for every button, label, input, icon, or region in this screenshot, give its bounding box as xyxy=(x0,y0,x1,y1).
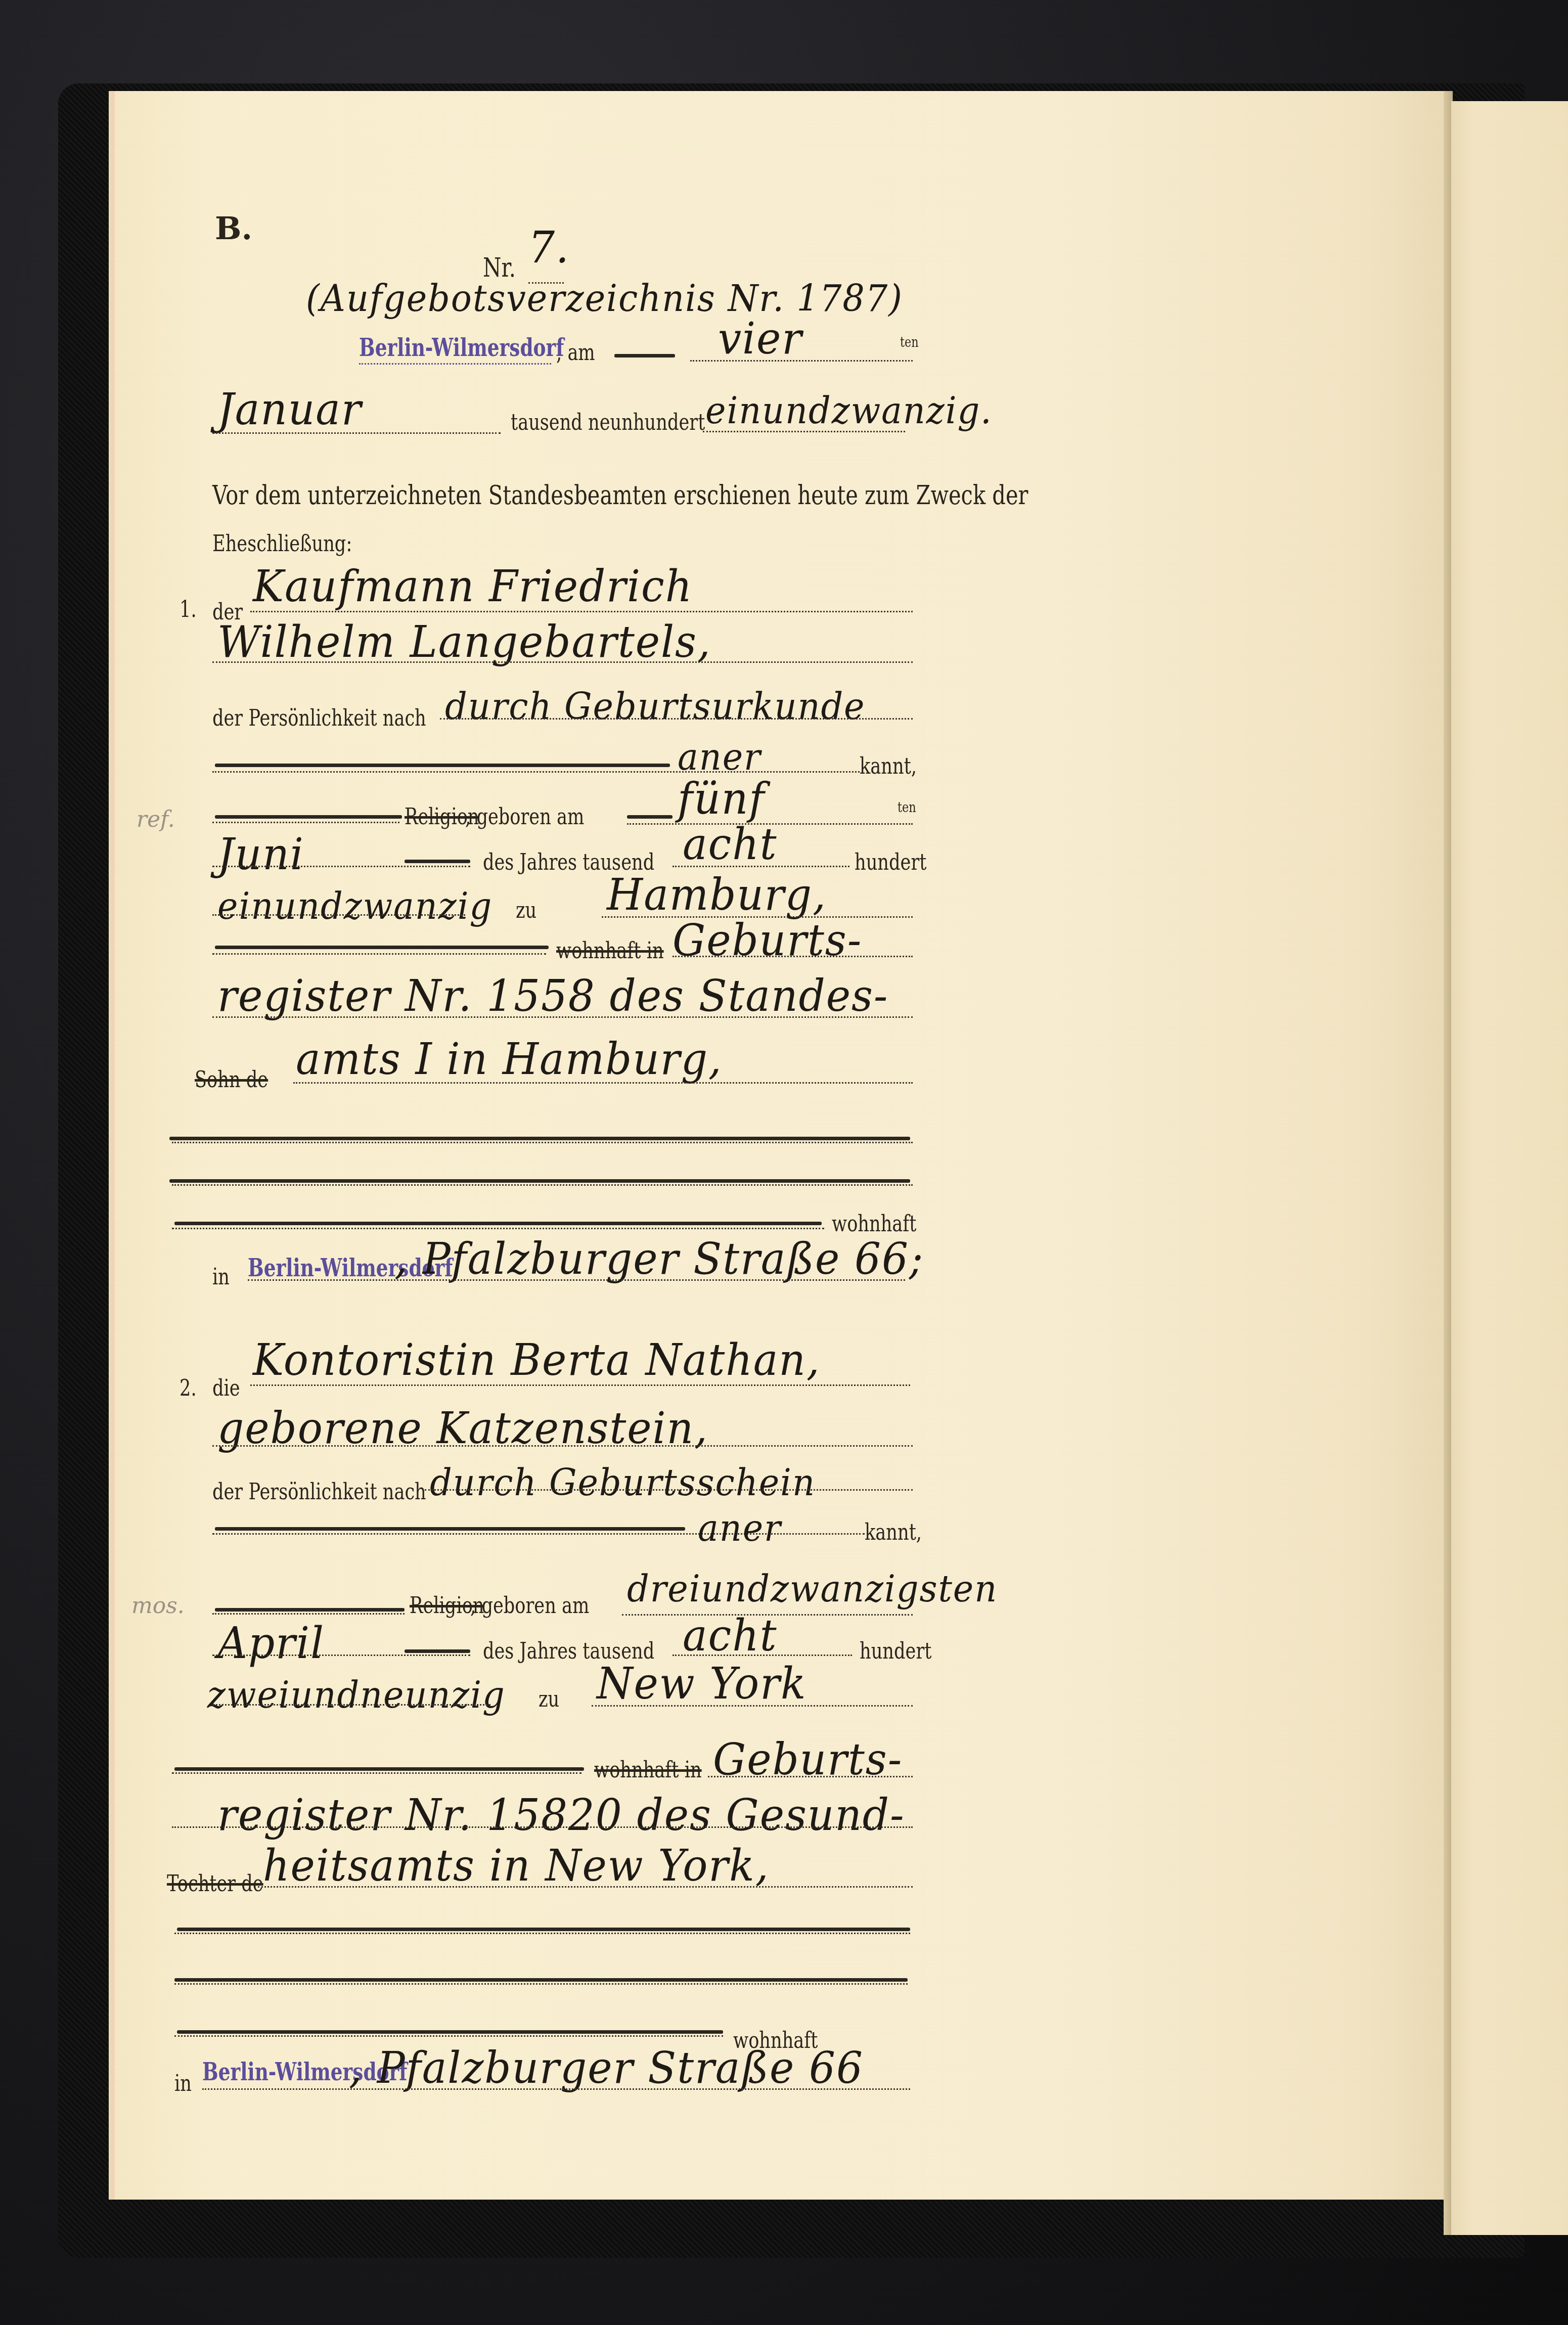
groom-hundred-label: hundert xyxy=(855,849,926,875)
bride-birth-day: dreiundzwanzigsten xyxy=(627,1568,998,1610)
groom-note-line-1: Geburts- xyxy=(673,915,862,966)
bride-religion-rule xyxy=(212,1613,405,1615)
groom-name-line-2: Wilhelm Langebartels, xyxy=(217,617,711,667)
blank-rule xyxy=(172,1184,913,1186)
bride-note-rule-3 xyxy=(258,1886,913,1888)
groom-identity-label: der Persönlichkeit nach xyxy=(212,705,426,731)
groom-identity-rule xyxy=(440,718,913,720)
bride-residence-rule xyxy=(202,2088,910,2090)
bride-note-line-3: heitsamts in New York, xyxy=(263,1841,770,1891)
bride-birth-year-rule xyxy=(212,1704,490,1706)
date-day: vier xyxy=(718,314,802,364)
bride-note-line-2: register Nr. 15820 des Gesund- xyxy=(217,1790,905,1841)
groom-birth-century: acht xyxy=(683,819,778,870)
blank-rule xyxy=(172,1228,824,1229)
groom-recognized-label: kannt, xyxy=(860,753,917,779)
bride-in-label: in xyxy=(174,2071,192,2096)
groom-birth-month-rule xyxy=(212,866,470,867)
am-label: , am xyxy=(556,340,595,366)
blank-rule xyxy=(174,2035,723,2037)
section-letter: B. xyxy=(215,210,252,247)
bride-birth-century-rule xyxy=(673,1655,852,1656)
bride-note-rule-1 xyxy=(708,1776,913,1777)
groom-residence-rule xyxy=(248,1279,905,1281)
intro-line-2: Eheschließung: xyxy=(212,531,352,557)
groom-residing-label: wohnhaft in xyxy=(556,938,664,964)
groom-birth-day-suffix: ten xyxy=(898,799,916,816)
groom-at-label: zu xyxy=(516,898,536,923)
bride-margin-note: mos. xyxy=(131,1593,185,1619)
groom-born-label: , geboren am xyxy=(465,804,584,830)
year-label: tausend neunhundert xyxy=(511,410,705,435)
bride-name-rule-1 xyxy=(250,1384,910,1386)
record-number: 7. xyxy=(528,222,570,273)
filler-bar xyxy=(215,815,402,819)
groom-birth-year: einundzwanzig xyxy=(217,885,492,927)
groom-residing-rule xyxy=(212,953,546,955)
bride-identity-value: durch Geburtsschein xyxy=(430,1461,816,1504)
filler-bar xyxy=(177,2030,723,2034)
bride-birth-year: zweiundneunzig xyxy=(207,1674,506,1716)
date-day-suffix: ten xyxy=(900,334,919,350)
groom-margin-note: ref. xyxy=(137,807,175,832)
date-year-rule xyxy=(703,431,905,432)
groom-identity-value: durch Geburtsurkunde xyxy=(445,685,865,728)
filler-bar xyxy=(174,1767,584,1771)
groom-residence-address: , Pfalzburger Straße 66; xyxy=(394,1234,924,1284)
filler-bar xyxy=(174,1222,822,1225)
bride-daughter-of-label: Tochter de xyxy=(167,1871,263,1897)
groom-in-label: in xyxy=(212,1264,230,1290)
filler-bar xyxy=(169,1137,910,1140)
bride-note-line-1: Geburts- xyxy=(713,1734,903,1785)
groom-name-rule-1 xyxy=(250,611,913,612)
place-rule xyxy=(359,363,551,365)
filler-bar xyxy=(215,1527,685,1531)
groom-note-rule-3 xyxy=(293,1082,913,1084)
bride-identity-label: der Persönlichkeit nach xyxy=(212,1479,426,1505)
filler-bar xyxy=(215,946,549,949)
filler-bar xyxy=(405,860,470,863)
intro-line-1: Vor dem unterzeichneten Standesbeamten e… xyxy=(212,480,1028,511)
blank-rule xyxy=(174,1933,910,1934)
filler-bar xyxy=(169,1179,910,1183)
bride-birth-place: New York xyxy=(597,1659,807,1709)
groom-wohnhaft-label: wohnhaft xyxy=(832,1211,917,1237)
groom-number: 1. xyxy=(180,597,197,622)
bride-at-label: zu xyxy=(539,1686,559,1712)
groom-birth-day: fünf xyxy=(678,774,765,824)
bride-birth-place-rule xyxy=(592,1705,913,1707)
filler-bar xyxy=(177,1928,910,1931)
groom-son-of-label: Sohn de xyxy=(195,1067,268,1093)
date-day-rule xyxy=(690,360,913,362)
bride-name-rule-2 xyxy=(212,1445,913,1447)
filler-bar xyxy=(215,764,670,767)
banns-reference: (Aufgebotsverzeichnis Nr. 1787) xyxy=(306,277,903,320)
filler-bar xyxy=(614,354,675,357)
groom-note-rule-1 xyxy=(673,956,913,957)
bride-residing-label: wohnhaft in xyxy=(594,1757,702,1783)
blank-rule xyxy=(174,1983,908,1985)
filler-bar xyxy=(215,1608,405,1612)
groom-religion-rule xyxy=(212,822,399,823)
date-year: einundzwanzig. xyxy=(705,389,993,432)
bride-birth-century: acht xyxy=(683,1611,778,1661)
bride-note-rule-2 xyxy=(172,1826,913,1828)
bride-birth-month-rule xyxy=(212,1655,470,1656)
bride-article: die xyxy=(212,1375,240,1401)
groom-birth-place: Hamburg, xyxy=(607,870,827,920)
groom-birth-century-rule xyxy=(673,866,849,867)
groom-name-rule-2 xyxy=(212,661,913,663)
filler-bar xyxy=(174,1978,908,1982)
groom-birth-year-rule xyxy=(212,914,465,916)
bride-recognized-value: aner xyxy=(698,1507,782,1549)
bride-hundred-label: hundert xyxy=(860,1638,931,1664)
bride-residence-address: , Pfalzburger Straße 66 xyxy=(349,2043,864,2093)
bride-name-line-1: Kontoristin Berta Nathan, xyxy=(253,1335,821,1385)
place-stamp: Berlin-Wilmersdorf xyxy=(359,334,564,362)
groom-note-line-2: register Nr. 1558 des Standes- xyxy=(217,971,888,1021)
filler-bar xyxy=(627,815,673,819)
groom-recognized-value: aner xyxy=(678,736,761,778)
bride-number: 2. xyxy=(180,1375,197,1401)
bride-birth-month: April xyxy=(217,1618,325,1669)
filler-bar xyxy=(405,1649,470,1653)
bride-born-label: , geboren am xyxy=(470,1593,589,1619)
bride-residing-rule xyxy=(172,1772,581,1774)
groom-note-rule-2 xyxy=(212,1016,913,1018)
groom-birth-month: Juni xyxy=(217,829,304,880)
date-month: Januar xyxy=(217,384,362,435)
facing-page-edge xyxy=(1451,101,1568,2235)
bride-identity-rule xyxy=(425,1489,913,1491)
blank-rule xyxy=(172,1142,913,1143)
groom-recognized-rule xyxy=(212,771,860,773)
groom-name-line-1: Kaufmann Friedrich xyxy=(253,561,693,612)
date-month-rule xyxy=(212,432,501,434)
bride-recognized-label: kannt, xyxy=(865,1519,922,1545)
groom-note-line-3: amts I in Hamburg, xyxy=(296,1034,723,1085)
